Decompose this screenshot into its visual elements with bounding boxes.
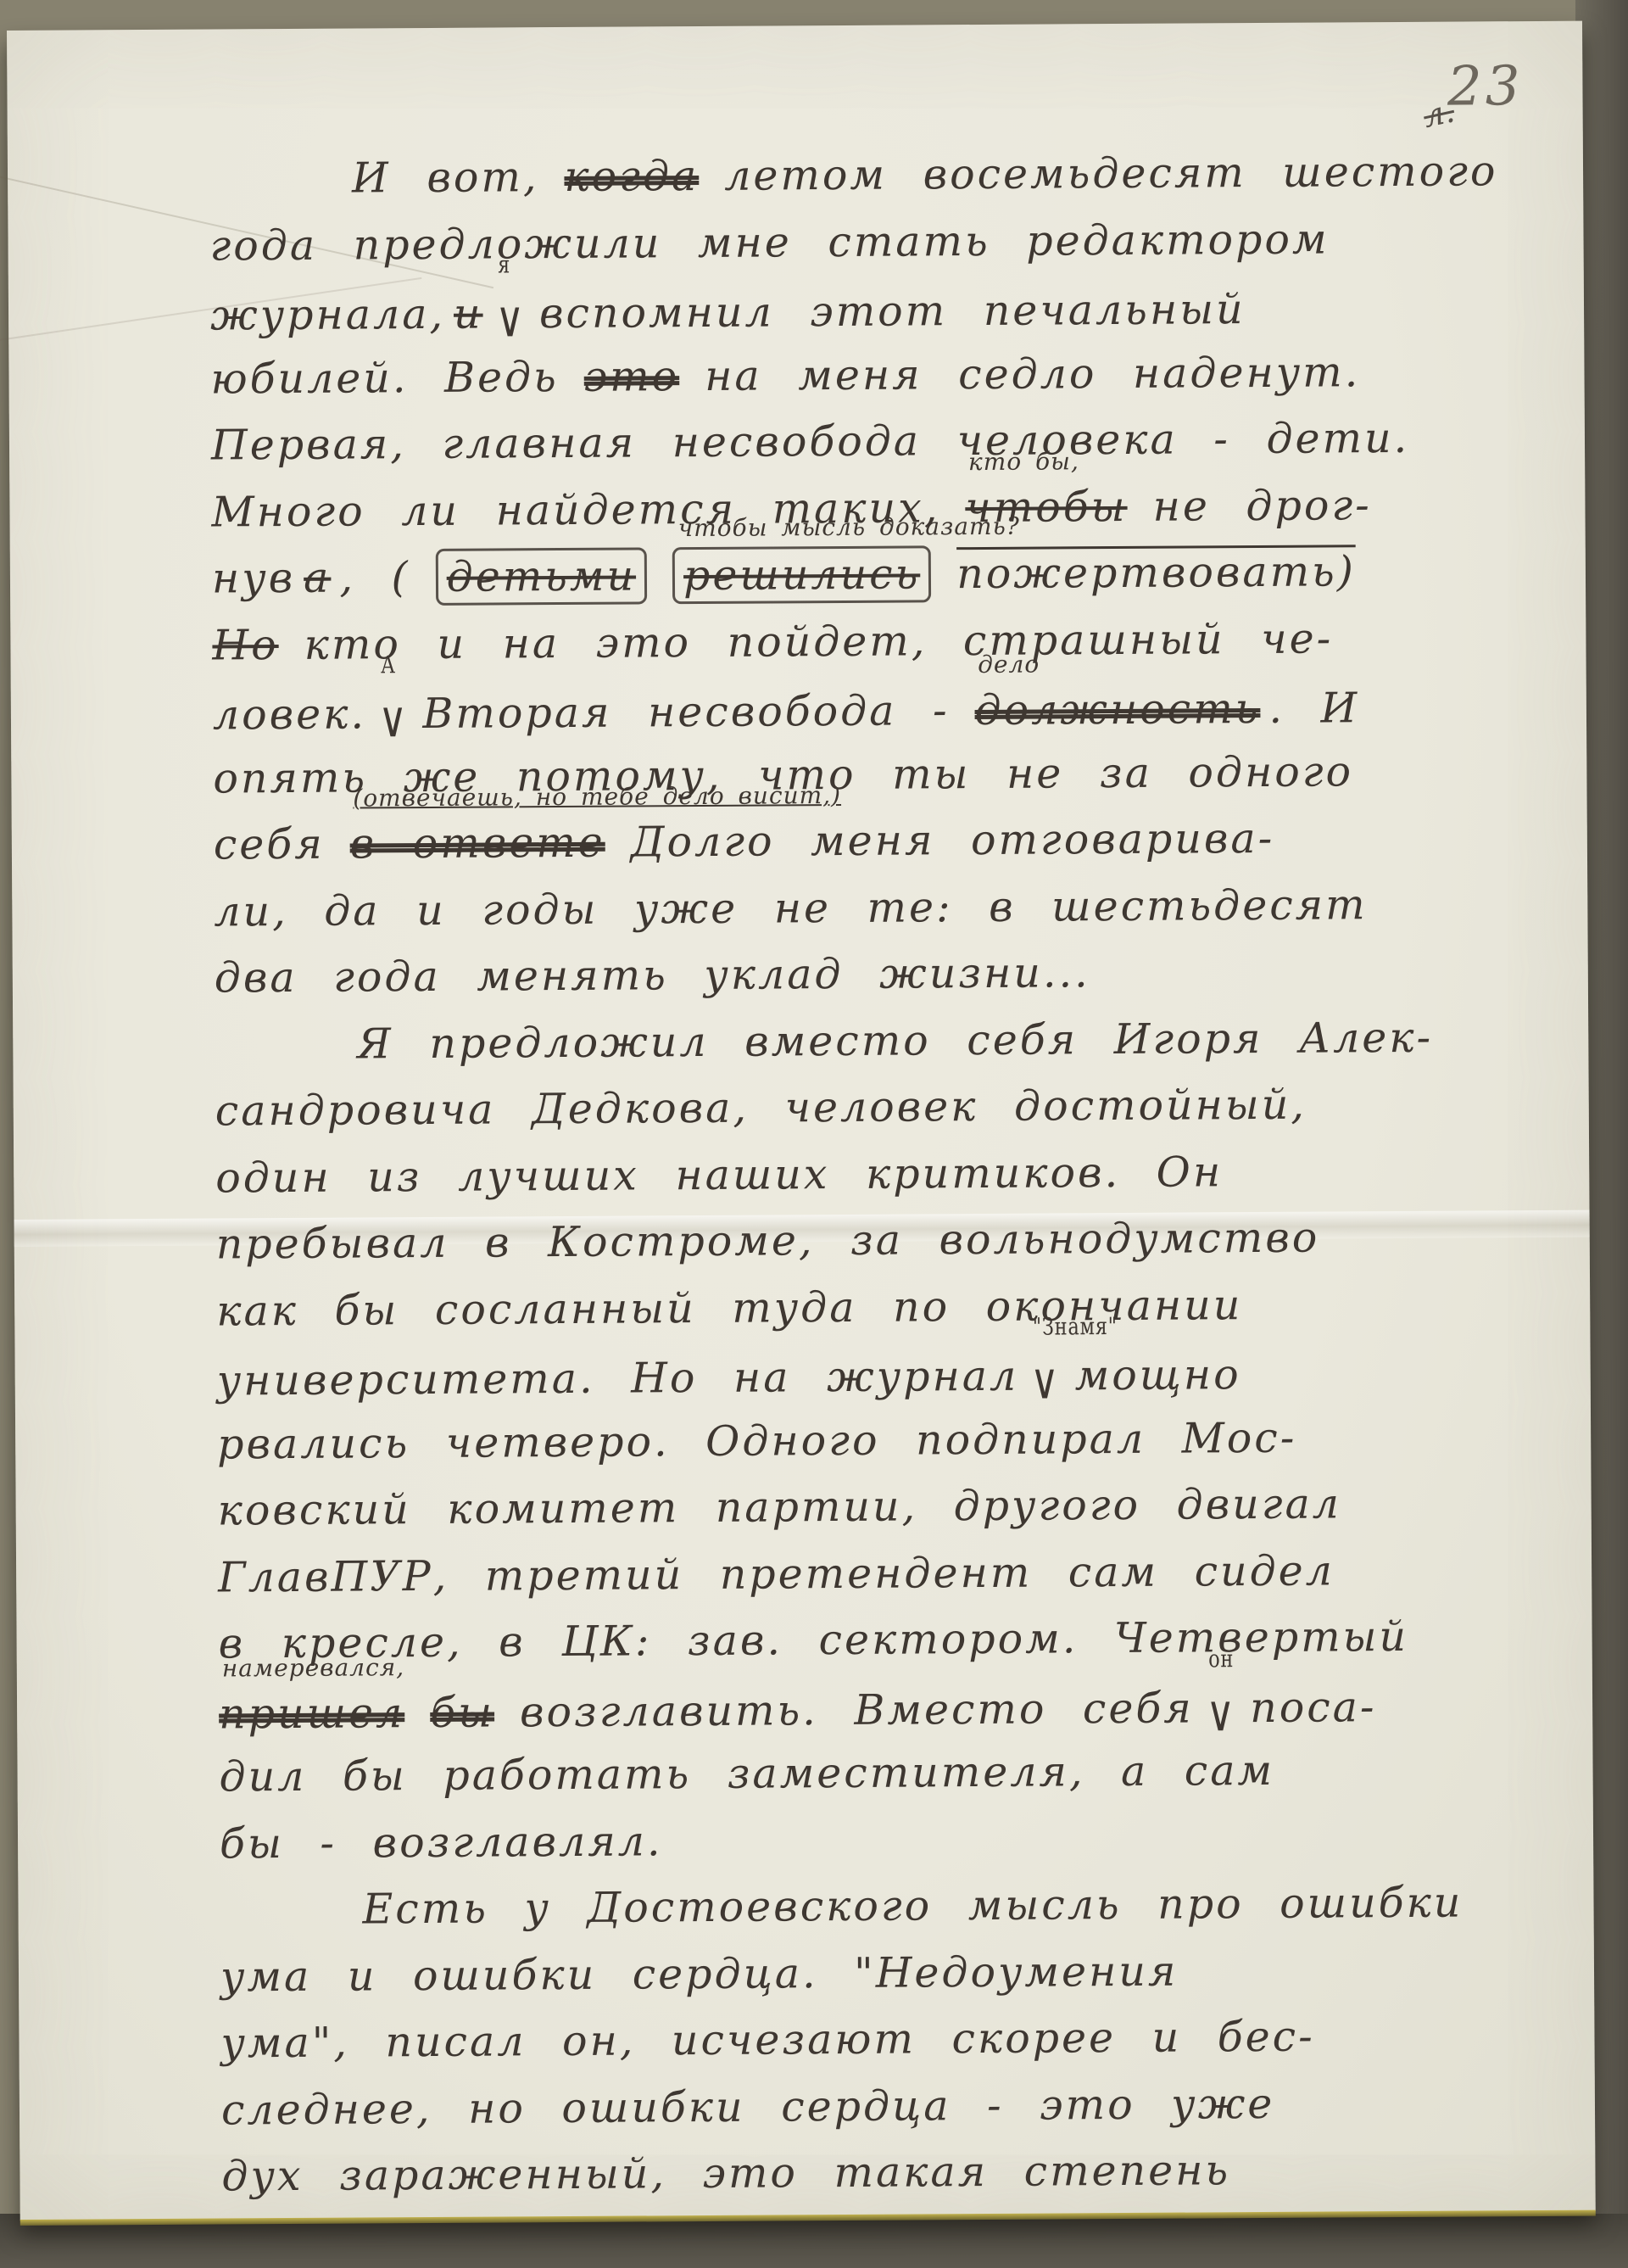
- manuscript-line: рвались четверо. Одного подпирал Мос-: [217, 1404, 1518, 1478]
- manuscript-line: года предложили мне стать редактором: [209, 205, 1510, 280]
- manuscript-line: ловек.∨АВторая несвобода -должностьдело.…: [213, 671, 1514, 746]
- caret-mark: ∨он: [1206, 1680, 1235, 1747]
- handwritten-text: кто и на это пойдет, страшный че-: [304, 614, 1333, 668]
- manuscript-line: нува, (детьмирешилисьчтобы мысль доказат…: [212, 538, 1513, 612]
- caret-mark: ∨"Знамя": [1030, 1348, 1059, 1415]
- struck-text: должностьдело: [974, 684, 1260, 735]
- manuscript-line: ковский комитет партии, другого двигал: [217, 1470, 1518, 1545]
- manuscript-line: сандровича Дедкова, человек достойный,: [215, 1070, 1516, 1145]
- handwritten-text: ли, да и годы уже не те: в шестьдесят: [214, 880, 1368, 936]
- caret-mark: ∨я: [495, 286, 524, 353]
- handwritten-text: Долго меня отговарива-: [631, 814, 1275, 867]
- manuscript-line: ума и ошибки сердца. "Недоумения: [220, 1936, 1521, 2011]
- handwritten-text: . И: [1268, 684, 1359, 733]
- handwritten-text: мощно: [1074, 1350, 1241, 1399]
- manuscript-line: в кресле, в ЦК: зав. сектором. Четвертый: [218, 1603, 1519, 1678]
- manuscript-line: пришелнамеревался,бывозглавить. Вместо с…: [219, 1670, 1519, 1745]
- handwritten-text: ума и ошибки сердца. "Недоумения: [220, 1947, 1179, 2001]
- inserted-text: дело: [978, 652, 1040, 678]
- inserted-text: намеревался,: [222, 1655, 405, 1681]
- handwritten-text: не дрог-: [1152, 481, 1371, 531]
- page-number: 23: [1447, 55, 1524, 119]
- handwritten-text: Вторая несвобода -: [422, 686, 949, 738]
- handwritten-text: И вот,: [352, 153, 539, 202]
- manuscript-line: бы - возглавлял.: [220, 1803, 1520, 1878]
- manuscript-photo: 23 л. И вот,когдалетом восемьдесят шесто…: [0, 0, 1628, 2268]
- inserted-text: он: [1208, 1646, 1234, 1672]
- handwritten-text: дух зараженный, это такая степень: [221, 2146, 1230, 2200]
- inserted-text: "Знамя": [1033, 1314, 1118, 1340]
- handwritten-text: поса-: [1250, 1683, 1377, 1732]
- handwritten-text: журнала,: [210, 290, 445, 340]
- manuscript-line: университета. Но на журнал∨"Знамя"мощно: [216, 1337, 1517, 1411]
- handwritten-text: дил бы работать заместителя, а сам: [219, 1746, 1274, 1802]
- inserted-text: А: [381, 652, 396, 678]
- struck-text: решилисьчтобы мысль доказать?: [672, 545, 932, 604]
- manuscript-line: ума", писал он, исчезают скорее и бес-: [220, 2003, 1521, 2077]
- inserted-text: чтобы мысль доказать?: [678, 514, 1020, 541]
- handwritten-text: ума", писал он, исчезают скорее и бес-: [220, 2013, 1315, 2068]
- handwritten-text: возглавить. Вместо себя: [520, 1684, 1194, 1736]
- handwritten-text: ГлавПУР, третий претендент сам сидел: [218, 1546, 1335, 1601]
- handwritten-text: вспомнил этот печальный: [539, 285, 1246, 338]
- manuscript-line: два года менять уклад жизни...: [215, 937, 1515, 1012]
- handwritten-text: юбилей. Ведь: [210, 353, 559, 404]
- struck-text: детьми: [435, 547, 647, 606]
- handwritten-text: на меня седло наденут.: [705, 348, 1360, 400]
- manuscript-line: один из лучших наших критиков. Он: [215, 1137, 1516, 1212]
- manuscript-line: журнала,и∨явспомнил этот печальный: [210, 271, 1511, 346]
- handwritten-text: ловек.: [213, 690, 366, 739]
- manuscript-line: пребывал в Костроме, за вольнодумство: [216, 1204, 1517, 1278]
- handwritten-text: один из лучших наших критиков. Он: [215, 1148, 1223, 1202]
- inserted-text: кто бы,: [968, 449, 1079, 475]
- inserted-text: (отвечаешь, но тебе дело висит,): [353, 783, 841, 812]
- manuscript-line: Первая, главная несвобода человека - дет…: [211, 405, 1512, 479]
- handwritten-text: бы - возглавлял.: [220, 1817, 663, 1868]
- struck-text: Но: [212, 621, 279, 669]
- handwritten-text: два года менять уклад жизни...: [215, 948, 1090, 1002]
- inserted-text: я: [498, 252, 510, 277]
- manuscript-line: юбилей. Ведьэтона меня седло наденут.: [210, 338, 1511, 413]
- manuscript-line: И вот,когдалетом восемьдесят шестого: [209, 138, 1510, 213]
- manuscript-line: дух зараженный, это такая степень: [221, 2136, 1522, 2210]
- struck-text: когда: [564, 152, 699, 201]
- manuscript-line: ГлавПУР, третий претендент сам сидел: [218, 1537, 1519, 1612]
- manuscript-line: дил бы работать заместителя, а сам: [219, 1736, 1519, 1811]
- handwritten-text: Первая, главная несвобода человека - дет…: [211, 414, 1409, 470]
- manuscript-text: И вот,когдалетом восемьдесят шестогогода…: [209, 138, 1523, 2210]
- manuscript-line: ли, да и годы уже не те: в шестьдесят: [214, 871, 1514, 946]
- handwritten-text: рвались четверо. Одного подпирал Мос-: [217, 1413, 1296, 1468]
- manuscript-line: следнее, но ошибки сердца - это уже: [221, 2070, 1522, 2144]
- struck-text: пришелнамеревался,: [219, 1689, 404, 1738]
- handwritten-text: ковский комитет партии, другого двигал: [217, 1479, 1341, 1534]
- handwritten-text: Я предложил вместо себя Игоря Алек-: [357, 1013, 1433, 1068]
- struck-text: а: [304, 554, 332, 602]
- struck-text: и: [454, 290, 483, 338]
- handwritten-text: себя: [214, 820, 325, 869]
- manuscript-line: Нокто и на это пойдет, страшный че-: [212, 605, 1513, 679]
- manuscript-line: Я предложил вместо себя Игоря Алек-: [215, 1004, 1515, 1079]
- handwritten-text: летом восемьдесят шестого: [724, 147, 1498, 200]
- struck-text: это: [584, 352, 680, 401]
- handwritten-text: следнее, но ошибки сердца - это уже: [221, 2079, 1275, 2134]
- struck-text: в ответе(отвечаешь, но тебе дело висит,): [349, 818, 605, 869]
- handwritten-text: пожертвовать): [956, 547, 1356, 598]
- manuscript-line: Есть у Достоевского мысль про ошибки: [220, 1869, 1520, 1944]
- handwritten-text: Есть у Достоевского мысль про ошибки: [362, 1879, 1463, 1934]
- handwritten-text: университета. Но на журнал: [217, 1352, 1019, 1405]
- handwritten-text: сандровича Дедкова, человек достойный,: [215, 1081, 1307, 1136]
- manuscript-page: 23 л. И вот,когдалетом восемьдесят шесто…: [7, 21, 1596, 2221]
- manuscript-line: как бы сосланный туда по окончании: [216, 1271, 1517, 1345]
- handwritten-text: , (: [339, 553, 410, 602]
- caret-mark: ∨А: [378, 686, 407, 753]
- struck-text: бы: [430, 1688, 494, 1736]
- handwritten-text: пребывал в Костроме, за вольнодумство: [216, 1214, 1320, 1269]
- handwritten-text: нув: [212, 554, 296, 603]
- handwritten-text: года предложили мне стать редактором: [209, 215, 1329, 270]
- page-number-value: 23: [1447, 55, 1524, 119]
- manuscript-line: себяв ответе(отвечаешь, но тебе дело вис…: [214, 804, 1514, 879]
